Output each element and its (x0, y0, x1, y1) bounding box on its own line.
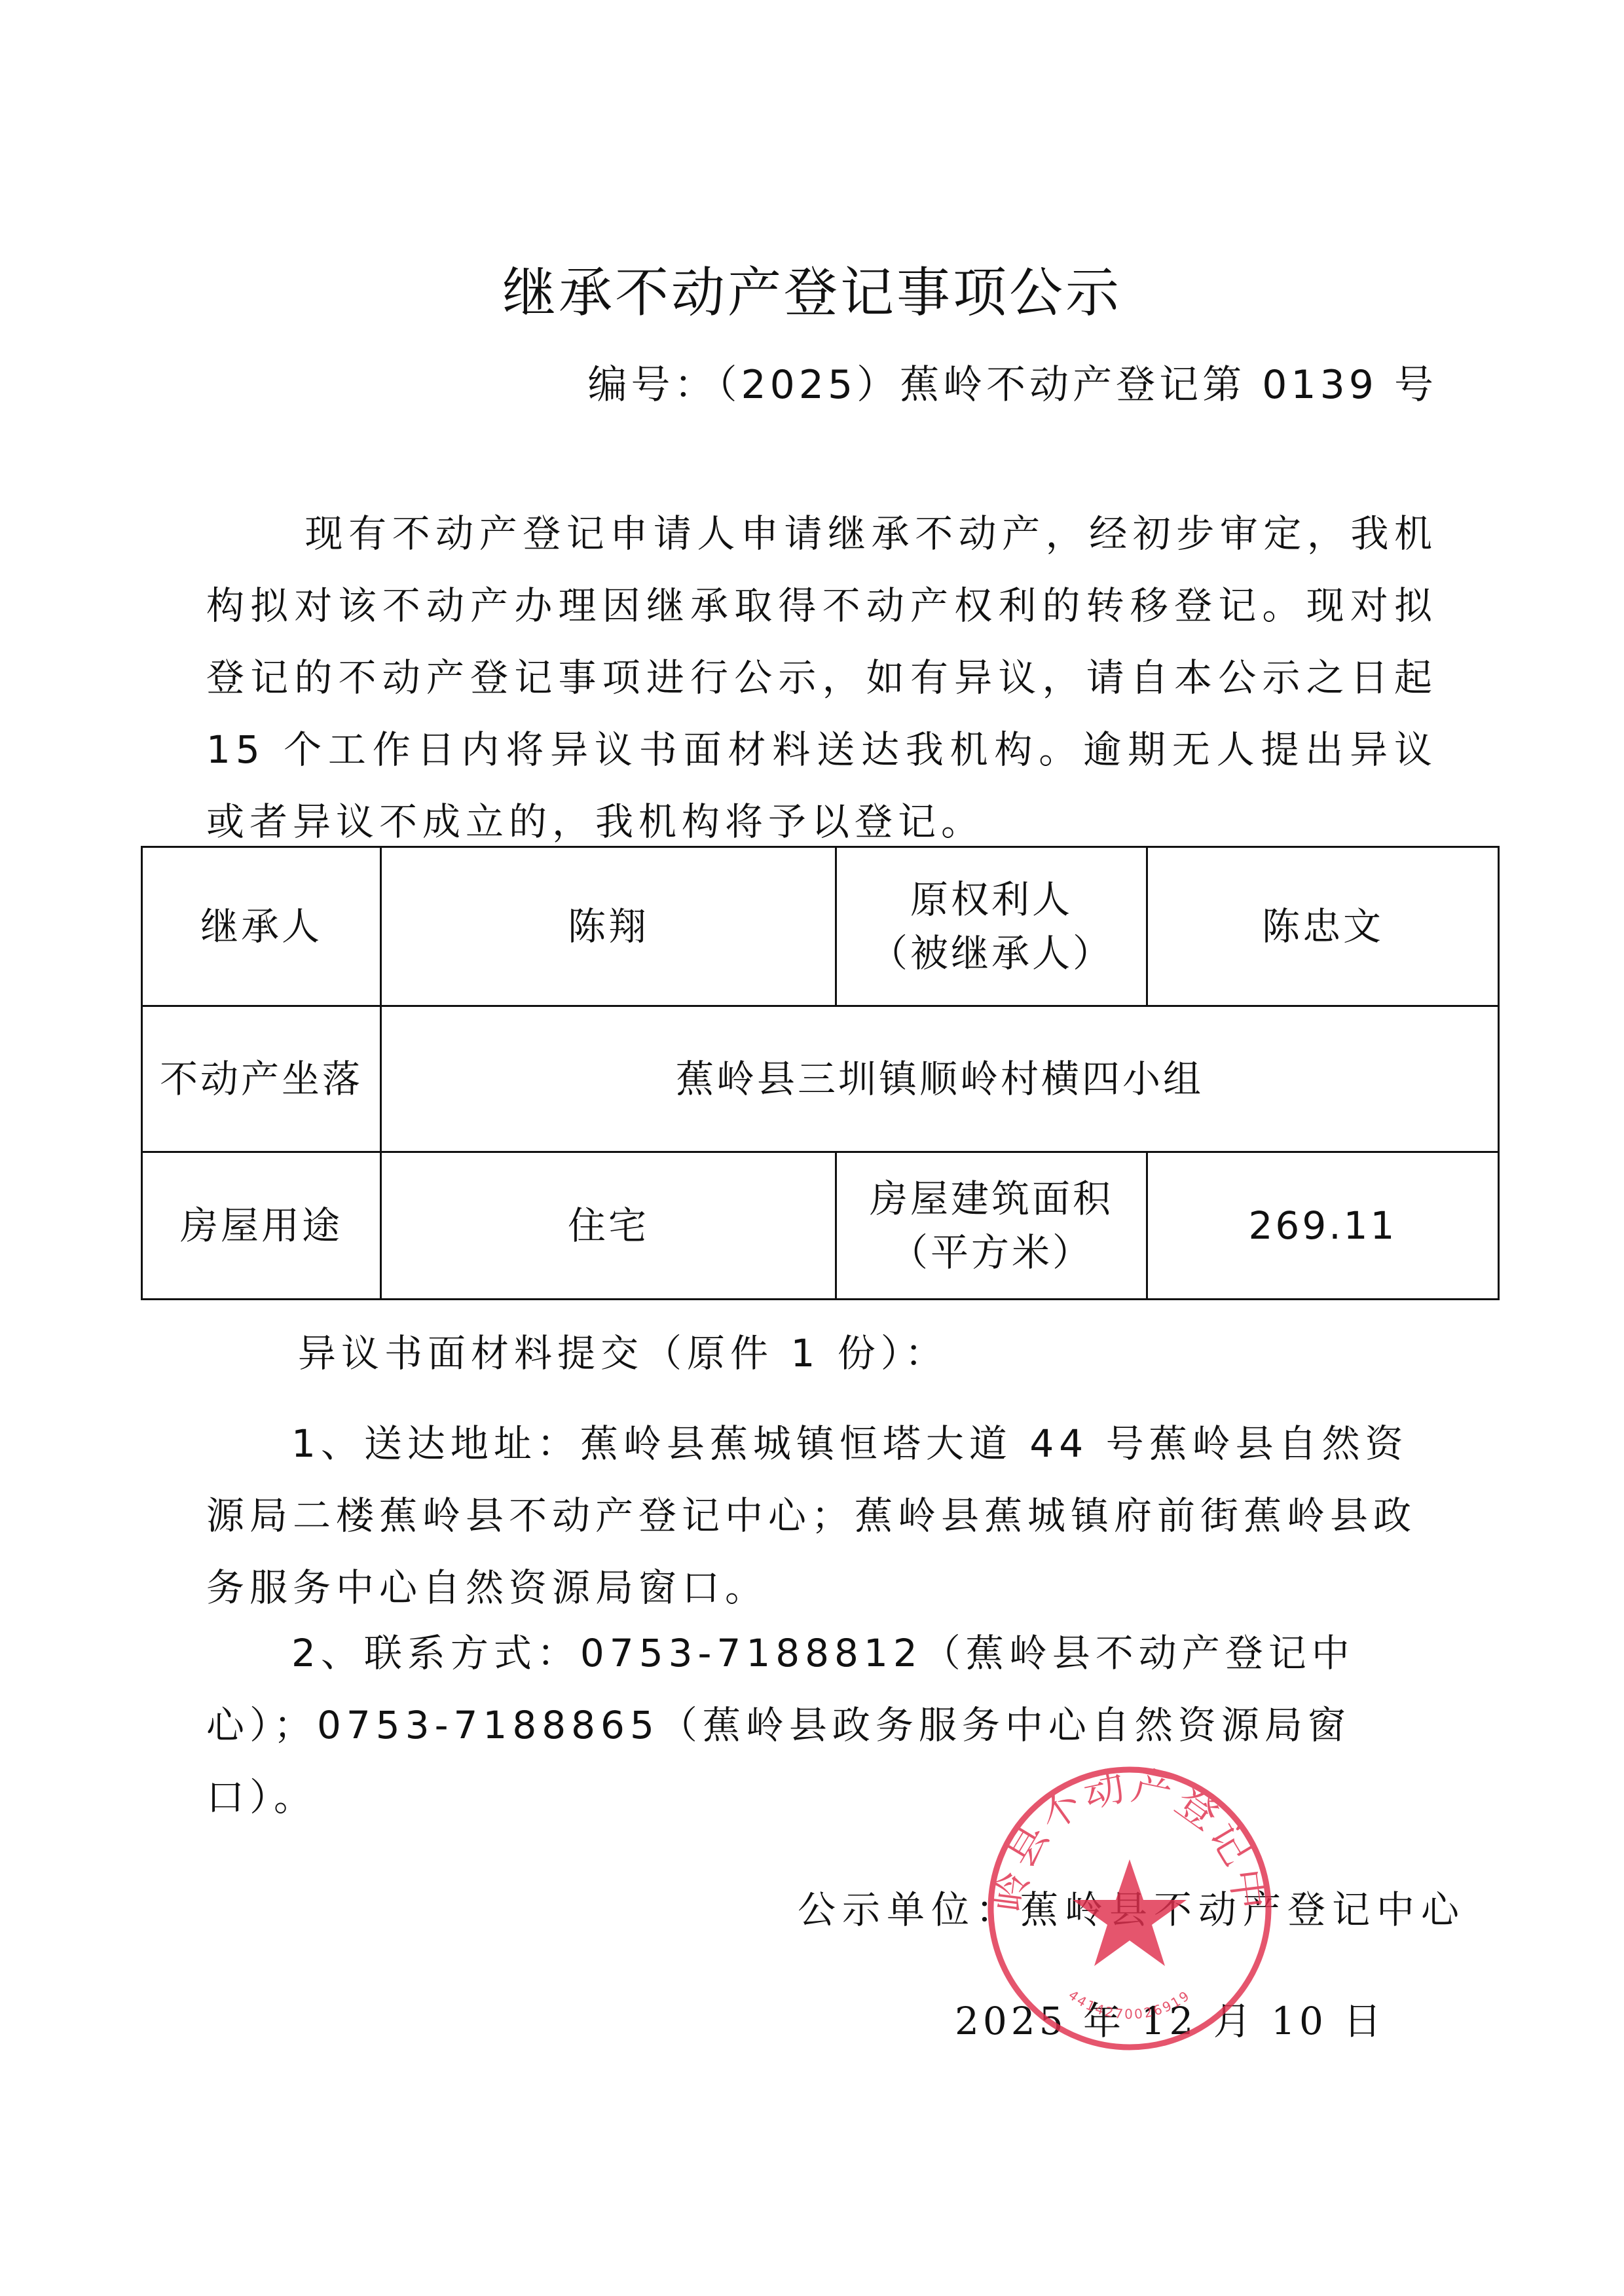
objection-item-address: 1、送达地址：蕉岭县蕉城镇恒塔大道 44 号蕉岭县自然资源局二楼蕉岭县不动产登记… (206, 1408, 1437, 1624)
location-value: 蕉岭县三圳镇顺岭村横四小组 (381, 1006, 1499, 1152)
usage-label: 房屋用途 (142, 1152, 381, 1300)
document-number: 编号：（2025）蕉岭不动产登记第 0139 号 (587, 354, 1437, 410)
area-label-line1: 房屋建筑面积 (843, 1172, 1139, 1226)
area-label-line2: （平方米） (843, 1226, 1139, 1279)
table-row-location: 不动产坐落 蕉岭县三圳镇顺岭村横四小组 (142, 1006, 1499, 1152)
publish-date: 2025 年 12 月 10 日 (955, 1990, 1385, 2045)
area-value: 269.11 (1147, 1152, 1499, 1300)
intro-paragraph-text: 现有不动产登记申请人申请继承不动产，经初步审定，我机构拟对该不动产办理因继承取得… (206, 511, 1437, 844)
usage-value: 住宅 (381, 1152, 836, 1300)
objection-heading: 异议书面材料提交（原件 1 份）： (298, 1317, 1529, 1389)
original-owner-value: 陈忠文 (1147, 847, 1499, 1006)
heir-value: 陈翔 (381, 847, 836, 1006)
table-row-usage: 房屋用途 住宅 房屋建筑面积 （平方米） 269.11 (142, 1152, 1499, 1300)
table-row-heir: 继承人 陈翔 原权利人 （被继承人） 陈忠文 (142, 847, 1499, 1006)
original-owner-label-line2: （被继承人） (843, 926, 1139, 980)
objection-item-address-text: 1、送达地址：蕉岭县蕉城镇恒塔大道 44 号蕉岭县自然资源局二楼蕉岭县不动产登记… (206, 1421, 1416, 1610)
publishing-unit: 公示单位：蕉岭县不动产登记中心 (798, 1879, 1466, 1934)
area-label: 房屋建筑面积 （平方米） (836, 1152, 1147, 1300)
heir-label: 继承人 (142, 847, 381, 1006)
original-owner-label-line1: 原权利人 (843, 873, 1139, 926)
objection-item-contact-text: 2、联系方式：0753-7188812（蕉岭县不动产登记中心）；0753-718… (206, 1631, 1355, 1819)
registration-info-table: 继承人 陈翔 原权利人 （被继承人） 陈忠文 不动产坐落 蕉岭县三圳镇顺岭村横四… (141, 846, 1500, 1300)
original-owner-label: 原权利人 （被继承人） (836, 847, 1147, 1006)
location-label: 不动产坐落 (142, 1006, 381, 1152)
intro-paragraph: 现有不动产登记申请人申请继承不动产，经初步审定，我机构拟对该不动产办理因继承取得… (206, 498, 1437, 858)
document-title: 继承不动产登记事项公示 (0, 250, 1624, 327)
objection-item-contact: 2、联系方式：0753-7188812（蕉岭县不动产登记中心）；0753-718… (206, 1617, 1437, 1833)
